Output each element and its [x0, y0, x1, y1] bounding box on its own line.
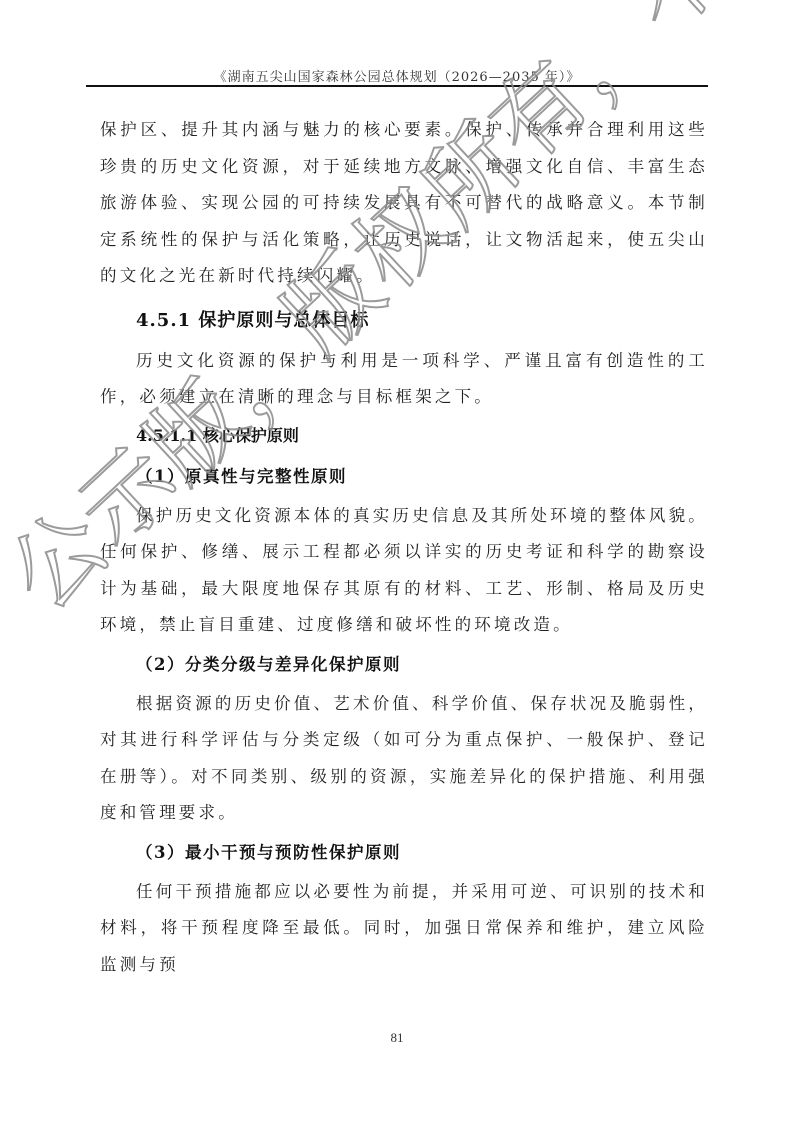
header-rule	[86, 85, 708, 87]
principle-text-2: 根据资源的历史价值、艺术价值、科学价值、保存状况及脆弱性，对其进行科学评估与分类…	[100, 686, 708, 832]
page-body: 保护区、提升其内涵与魅力的核心要素。保护、传承并合理利用这些珍贵的历史文化资源，…	[100, 112, 708, 983]
section-heading: 4.5.1 保护原则与总体目标	[100, 299, 708, 343]
principle-heading-1: （1）原真性与完整性原则	[100, 456, 708, 498]
principle-text-3: 任何干预措施都应以必要性为前提，并采用可逆、可识别的技术和材料，将干预程度降至最…	[100, 874, 708, 984]
principle-heading-3: （3）最小干预与预防性保护原则	[100, 832, 708, 874]
page-number: 81	[0, 1030, 794, 1046]
subsection-heading: 4.5.1.1 核心保护原则	[100, 416, 708, 456]
intro-paragraph: 保护区、提升其内涵与魅力的核心要素。保护、传承并合理利用这些珍贵的历史文化资源，…	[100, 112, 708, 295]
principle-text-1: 保护历史文化资源本体的真实历史信息及其所处环境的整体风貌。任何保护、修缮、展示工…	[100, 498, 708, 644]
running-header: 《湖南五尖山国家森林公园总体规划（2026—2035 年）》	[86, 66, 708, 85]
section-paragraph: 历史文化资源的保护与利用是一项科学、严谨且富有创造性的工作，必须建立在清晰的理念…	[100, 343, 708, 416]
principle-heading-2: （2）分类分级与差异化保护原则	[100, 644, 708, 686]
